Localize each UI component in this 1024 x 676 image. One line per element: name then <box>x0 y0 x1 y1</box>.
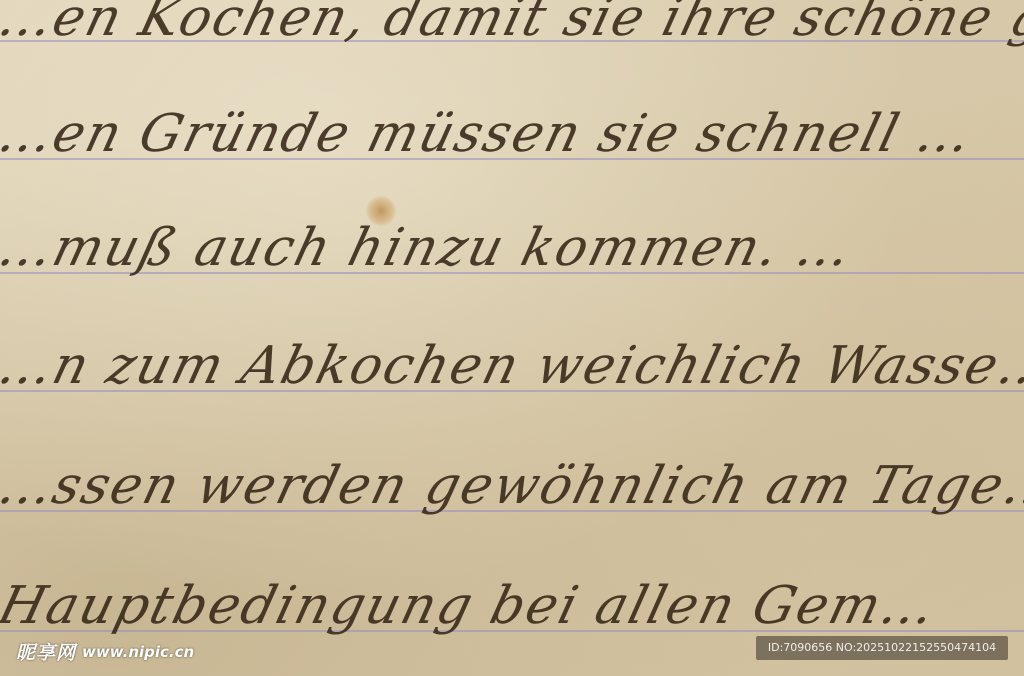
handwriting-line: Hauptbedingung bei allen Gem… <box>0 576 1024 636</box>
watermark-url: www.nipic.cn <box>82 643 194 661</box>
watermark-logo: 昵享网 www.nipic.cn <box>16 638 194 665</box>
handwriting-line: …n zum Abkochen weichlich Wasse… <box>0 336 1024 396</box>
watermark-id-badge: ID:7090656 NO:20251022152550474104 <box>756 636 1008 660</box>
watermark-brand: 昵享网 <box>16 638 76 665</box>
handwritten-manuscript-photo: …en Kochen, damit sie ihre schöne gr… …e… <box>0 0 1024 676</box>
handwriting-line: …ssen werden gewöhnlich am Tage… <box>0 456 1024 516</box>
handwriting-line: …en Gründe müssen sie schnell … <box>0 104 1024 164</box>
handwriting-line: …en Kochen, damit sie ihre schöne gr… <box>0 0 1024 48</box>
handwriting-line: …muß auch hinzu kommen. … <box>0 218 1024 278</box>
